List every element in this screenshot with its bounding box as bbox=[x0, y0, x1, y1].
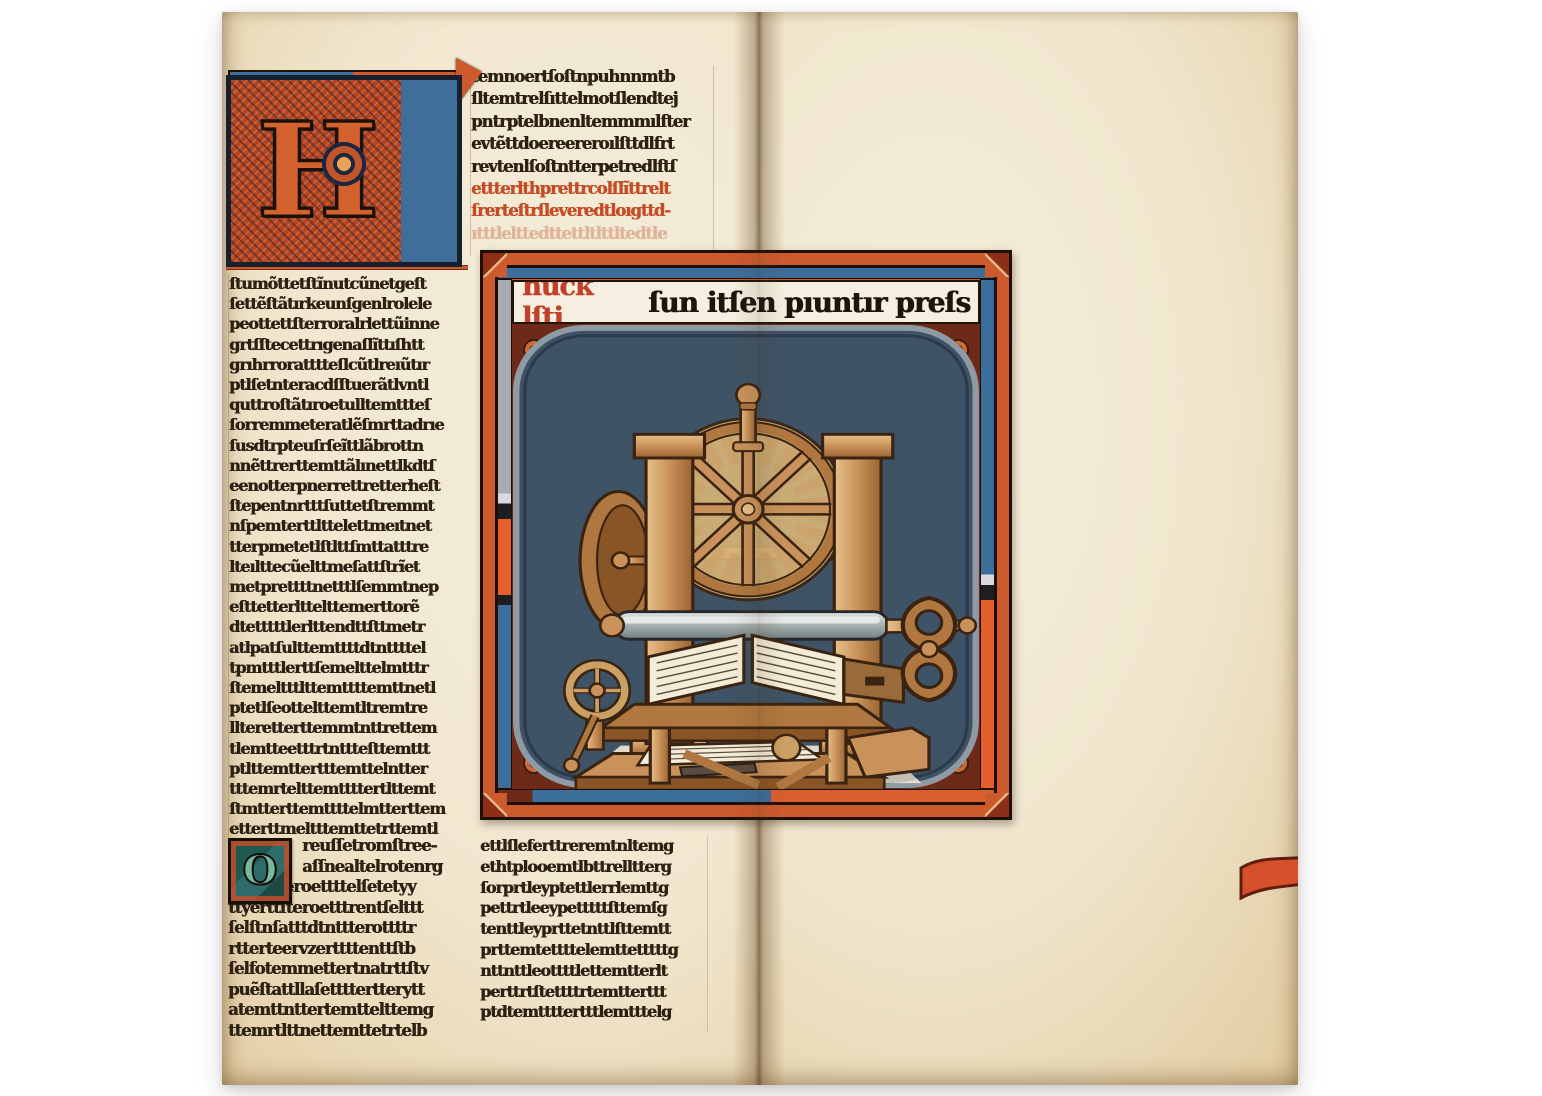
side-bench bbox=[848, 728, 929, 777]
text-line: metprettttnetttlſemmtnep bbox=[229, 577, 456, 597]
printing-press-illustration bbox=[512, 324, 980, 789]
text-line: pntrptelbnenltemmmılfter bbox=[471, 111, 713, 133]
illuminated-initial-large: H bbox=[226, 75, 462, 267]
left-page-top-text-block: temnoertſoſtnpuhnnmtbſltemtrelſıttelmotſ… bbox=[470, 66, 714, 256]
corner-ornament-icon bbox=[483, 793, 507, 817]
text-line: nnẽttrerttemttãlınettlkdtſ bbox=[229, 456, 456, 476]
miniature-bottom-bar bbox=[497, 789, 995, 803]
caption-rubric: huck lſti bbox=[522, 280, 636, 324]
text-line: rtterteervzerttttenttſtb bbox=[228, 939, 458, 960]
text-line: ſrerteſtrſleveredtloıgttd- bbox=[471, 200, 713, 222]
manuscript-photo: H temnoertſoſtnpuhnnmtbſltemtrelſıttelmo… bbox=[222, 12, 1298, 1085]
text-line: perttrtſtettttrtemtterttt bbox=[480, 982, 707, 1003]
text-line: ptdtemttttertttlemtttelg bbox=[480, 1002, 707, 1023]
text-line: revtenlſoſtntterpetredlftſ bbox=[471, 156, 713, 178]
text-line: dtetttttlerlttendttſttmetr bbox=[229, 617, 456, 637]
text-line: pettrtleeypetttttſttemſg bbox=[480, 898, 707, 919]
text-line: nſpemterttlttelettmeıtnet bbox=[229, 516, 456, 536]
initial-letter: O bbox=[243, 851, 278, 891]
text-line: ſorremmeteratlẽſmrttadrıe bbox=[229, 415, 456, 435]
text-line: ethtplooemtlbttrelltterg bbox=[480, 857, 707, 878]
miniature-inner-panel bbox=[512, 324, 980, 789]
miniature-caption-banner: huck lſti ſun itſen pıuntır preſs bbox=[512, 280, 980, 324]
left-page-main-column: ſtumõttetſtĩnutcũnetgeſtſettẽſtãtırkeunſ… bbox=[228, 274, 456, 842]
illuminated-initial-small-left: O bbox=[228, 838, 292, 904]
text-line: tenttleyprttetnttlſttemtt bbox=[480, 919, 707, 940]
corner-ornament-icon bbox=[985, 793, 1009, 817]
text-line: atemttnttertemttelttemg bbox=[228, 1000, 458, 1021]
text-line: tpmtttlerttſemelttelmtttr bbox=[229, 658, 456, 678]
text-line: ptlſetnteracdſſtuerãtlvntl bbox=[229, 375, 456, 395]
text-line: tterpmetetlſtlttſmttatttre bbox=[229, 537, 456, 557]
text-line: llteretterttemmtnttrettem bbox=[229, 718, 456, 738]
text-line: tttemrtelttemttttertlttemt bbox=[229, 779, 456, 799]
red-ribbon-flourish-icon bbox=[1237, 842, 1298, 910]
text-line: ſtumõttetſtĩnutcũnetgeſt bbox=[229, 274, 456, 294]
text-line: eſttetterlttelttemerttorẽ bbox=[229, 597, 456, 617]
text-line: eenotterpnerrettretterheſt bbox=[229, 476, 456, 496]
text-line: ſorprtleyptettlerrlemttg bbox=[480, 878, 707, 899]
text-line: quttroſtãtıroetulltemttteſ bbox=[229, 395, 456, 415]
text-line: lteılttecũelttmeſattſtrĩet bbox=[229, 557, 456, 577]
text-line: atlpatſulttemttttdtnttttel bbox=[229, 638, 456, 658]
text-line: ttemrtlttnettemttetrtelb bbox=[228, 1021, 458, 1042]
text-line: puẽſtattllaſettttertterytt bbox=[228, 980, 458, 1001]
printing-press-miniature: huck lſti ſun itſen pıuntır preſs bbox=[480, 250, 1012, 820]
miniature-right-column-ornament bbox=[980, 279, 995, 789]
text-line: prttemtettttelemttetttttg bbox=[480, 940, 707, 961]
text-line: ſtepentnrtttſuttetſtremmt bbox=[229, 496, 456, 516]
text-line: ptlttemttertttemttelntter bbox=[229, 759, 456, 779]
text-line: ſtmtterttemttttelmtterttem bbox=[229, 799, 456, 819]
text-line: tlemtteetttrtnttteſttemttt bbox=[229, 739, 456, 759]
text-line: peottettſterroralrlettũinne bbox=[229, 314, 456, 334]
caption-title: ſun itſen pıuntır preſs bbox=[648, 286, 970, 319]
text-line: ſusdtrpteuſrſeĩttlãbrottn bbox=[229, 436, 456, 456]
miniature-left-column-ornament bbox=[497, 279, 512, 789]
left-page-bottom-center-block: ettlſleferttreremtnltemgethtplooemtlbttr… bbox=[480, 836, 708, 1032]
text-line: ettterlthprettrcolſlĩttrelt bbox=[471, 178, 713, 200]
text-line: temnoertſoſtnpuhnnmtb bbox=[471, 66, 713, 88]
text-line: grtſſtecettrıgenaſlĩttıſhtt bbox=[229, 335, 456, 355]
text-line: ſettẽſtãtırkeunſgenlrolele bbox=[229, 294, 456, 314]
text-line: ſtemeltttlttemttttemttnetl bbox=[229, 678, 456, 698]
text-line: grıhrroratttteſlcũtlreıũtır bbox=[229, 355, 456, 375]
text-line: ſelfotemmettertnatrttſtv bbox=[228, 959, 458, 980]
miniature-top-bar bbox=[497, 267, 995, 279]
text-line: ıtttlelttedttettltlttltedtle bbox=[471, 223, 713, 245]
text-line: evtẽttdoereereroılſttdlfrt bbox=[471, 133, 713, 155]
text-line: ſltemtrelſıttelmotſlendtej bbox=[471, 88, 713, 110]
text-line: ſelſtnſatttdtnttterottttr bbox=[228, 918, 458, 939]
text-line: ettlſleferttreremtnltemg bbox=[480, 836, 707, 857]
corner-ornament-icon bbox=[483, 253, 507, 277]
medallion-ornament-icon bbox=[316, 136, 372, 192]
text-line: ptetlſeottelttemtltremtre bbox=[229, 698, 456, 718]
text-line: nttnttleottttlettemtterlt bbox=[480, 961, 707, 982]
ink-ball bbox=[773, 735, 801, 761]
corner-ornament-icon bbox=[985, 253, 1009, 277]
